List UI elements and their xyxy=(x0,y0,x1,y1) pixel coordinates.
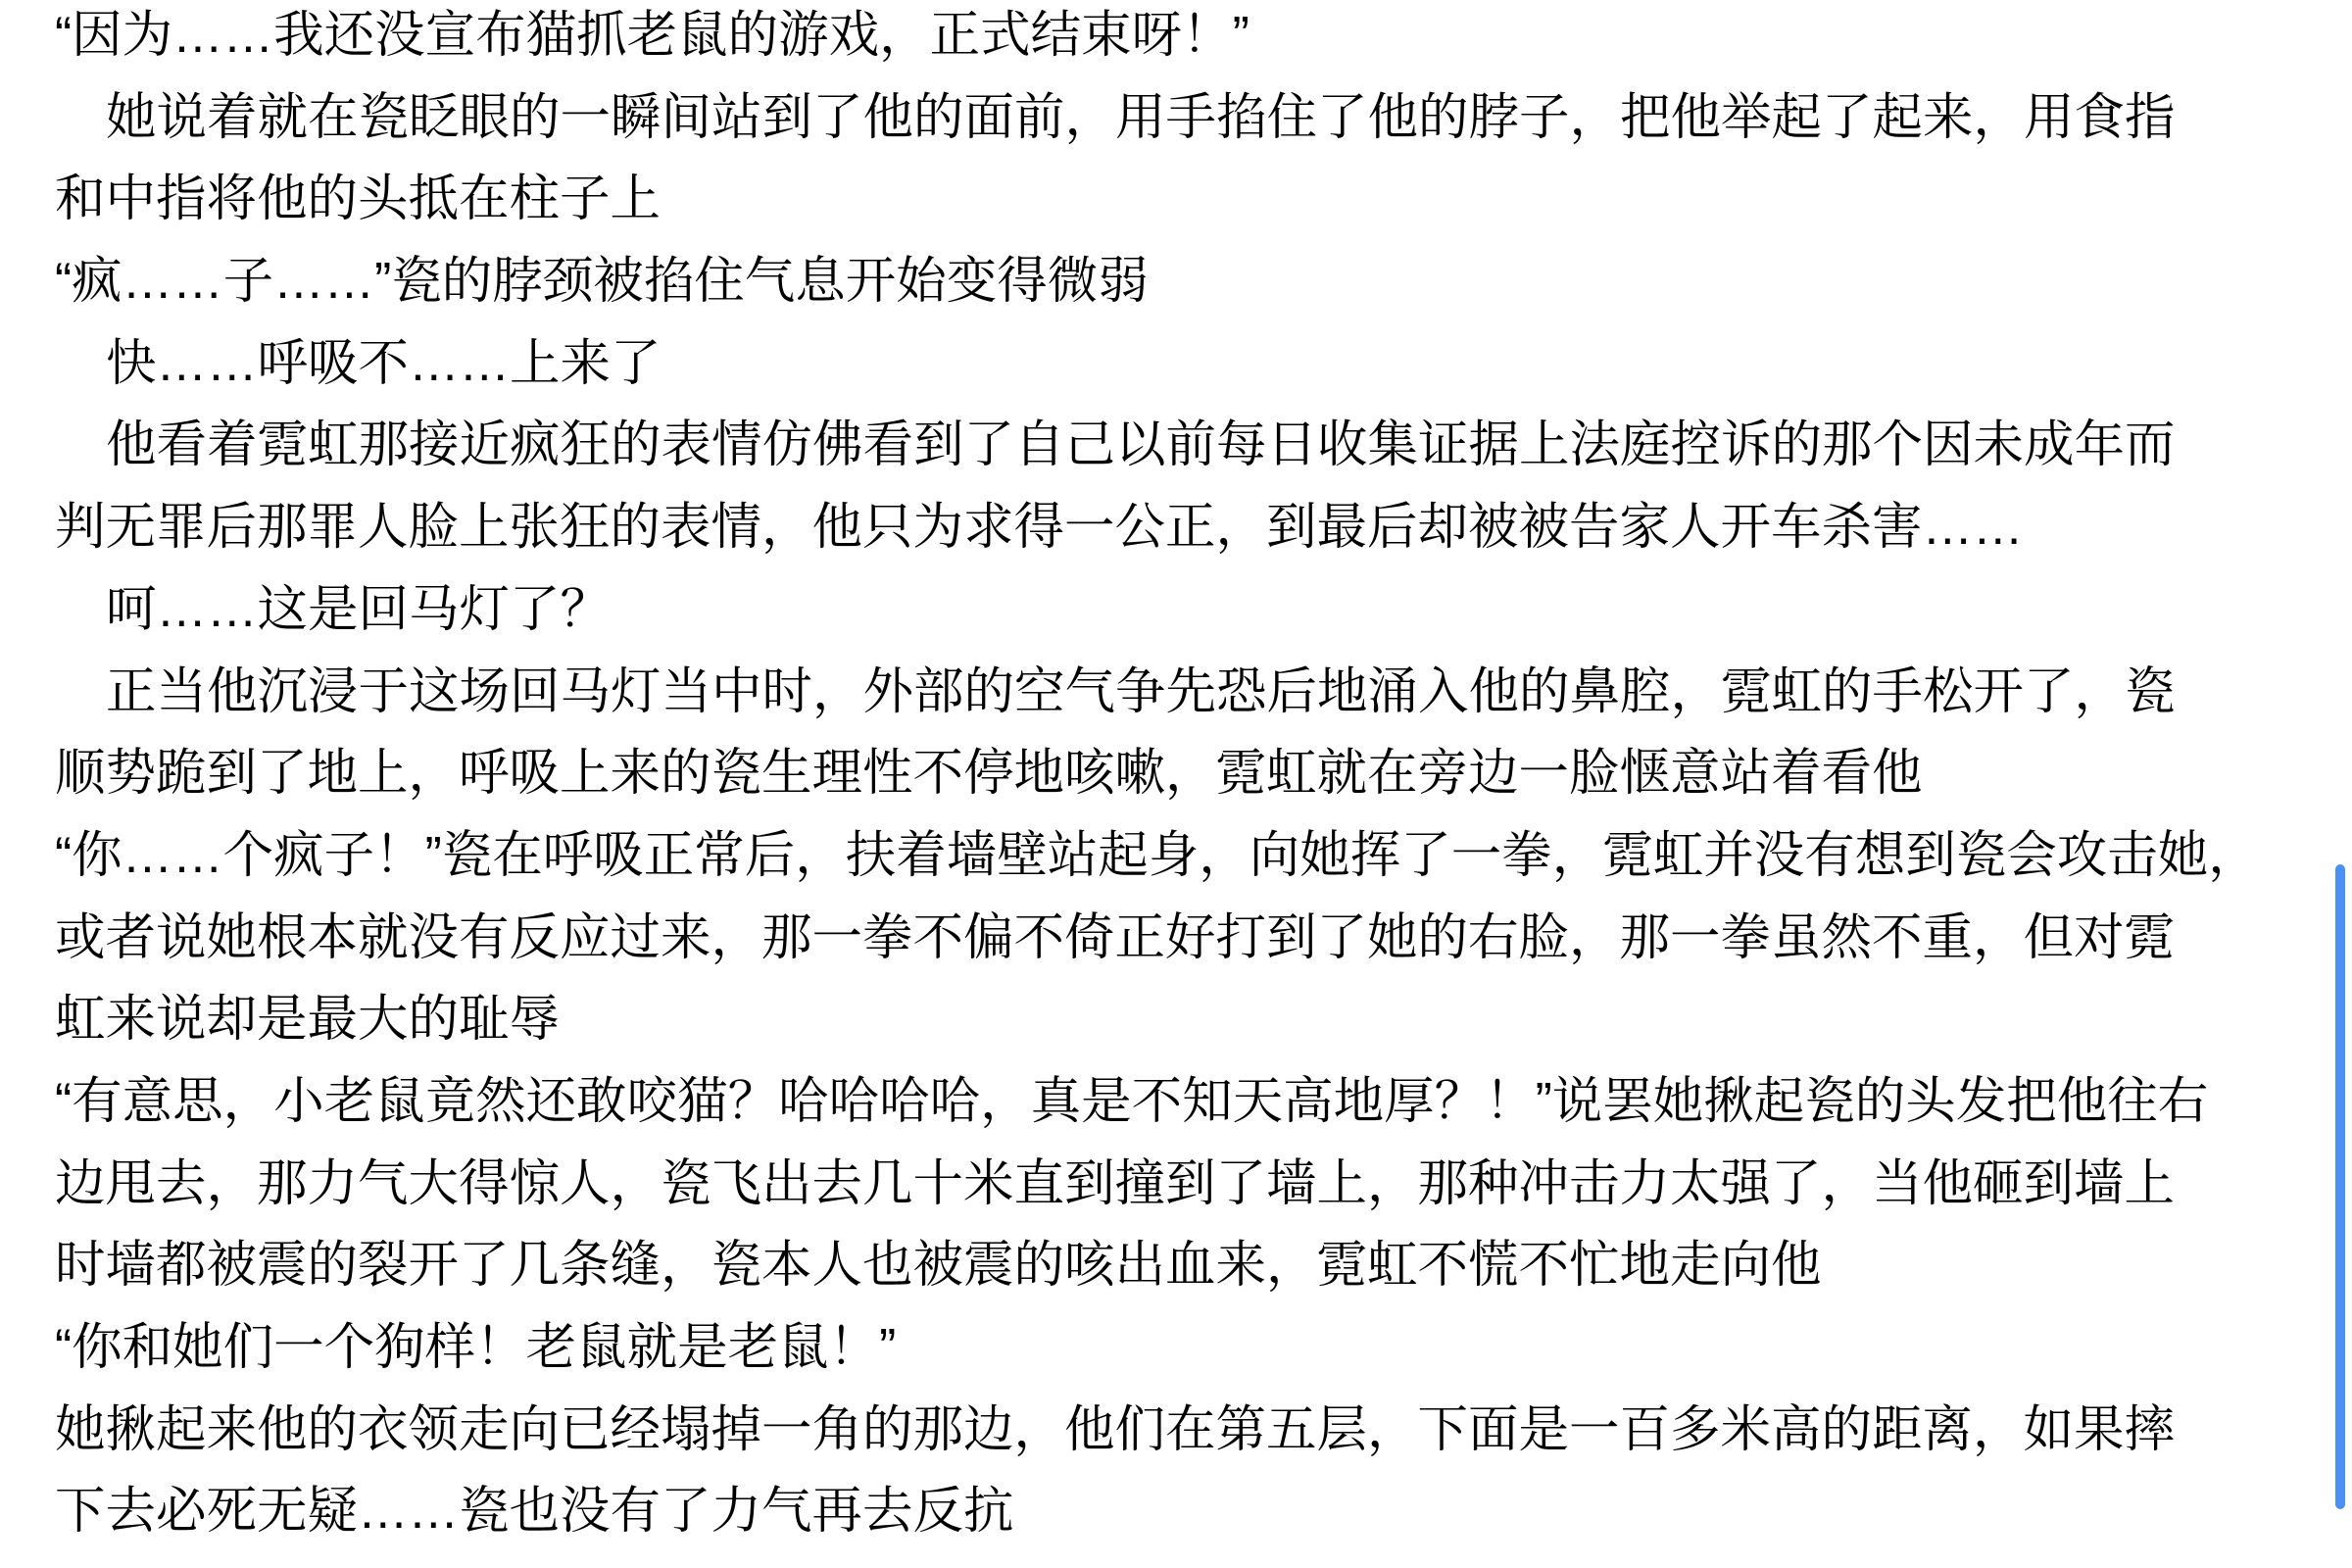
text-line: “你……个疯子！”瓷在呼吸正常后，扶着墙壁站起身，向她挥了一拳，霓虹并没有想到瓷… xyxy=(55,814,2293,897)
text-line: 边甩去，那力气大得惊人，瓷飞出去几十米直到撞到了墙上，那种冲击力太强了，当他砸到… xyxy=(55,1143,2293,1225)
text-line: 快……呼吸不……上来了 xyxy=(55,322,2293,405)
text-line: 虹来说却是最大的耻辱 xyxy=(55,978,2293,1060)
text-line: 她说着就在瓷眨眼的一瞬间站到了他的面前，用手掐住了他的脖子，把他举起了起来，用食… xyxy=(55,76,2293,159)
text-line: 判无罪后那罪人脸上张狂的表情，他只为求得一公正，到最后却被被告家人开车杀害…… xyxy=(55,486,2293,568)
text-line: 顺势跪到了地上，呼吸上来的瓷生理性不停地咳嗽，霓虹就在旁边一脸惬意站着看他 xyxy=(55,732,2293,814)
novel-text: “因为……我还没宣布猫抓老鼠的游戏，正式结束呀！” 她说着就在瓷眨眼的一瞬间站到… xyxy=(55,0,2293,1552)
text-line: “疯……子……”瓷的脖颈被掐住气息开始变得微弱 xyxy=(55,240,2293,322)
text-line: 或者说她根本就没有反应过来，那一拳不偏不倚正好打到了她的右脸，那一拳虽然不重，但… xyxy=(55,897,2293,979)
text-line: “有意思，小老鼠竟然还敢咬猫？哈哈哈哈，真是不知天高地厚？！”说罢她揪起瓷的头发… xyxy=(55,1060,2293,1143)
text-line: 她揪起来他的衣领走向已经塌掉一角的那边，他们在第五层，下面是一百多米高的距离，如… xyxy=(55,1389,2293,1471)
text-line: 他看着霓虹那接近疯狂的表情仿佛看到了自己以前每日收集证据上法庭控诉的那个因未成年… xyxy=(55,404,2293,486)
text-line: “因为……我还没宣布猫抓老鼠的游戏，正式结束呀！” xyxy=(55,0,2293,76)
text-line: 正当他沉浸于这场回马灯当中时，外部的空气争先恐后地涌入他的鼻腔，霓虹的手松开了，… xyxy=(55,651,2293,733)
text-line: 时墙都被震的裂开了几条缝，瓷本人也被震的咳出血来，霓虹不慌不忙地走向他 xyxy=(55,1224,2293,1306)
text-line: “你和她们一个狗样！老鼠就是老鼠！” xyxy=(55,1306,2293,1389)
reader-page: { "page": { "bg_color": "#ffffff", "text… xyxy=(0,0,2352,1568)
text-line: 呵……这是回马灯了？ xyxy=(55,568,2293,651)
scrollbar-thumb[interactable] xyxy=(2335,864,2345,1509)
text-line: 和中指将他的头抵在柱子上 xyxy=(55,158,2293,240)
text-line: 下去必死无疑……瓷也没有了力气再去反抗 xyxy=(55,1470,2293,1552)
